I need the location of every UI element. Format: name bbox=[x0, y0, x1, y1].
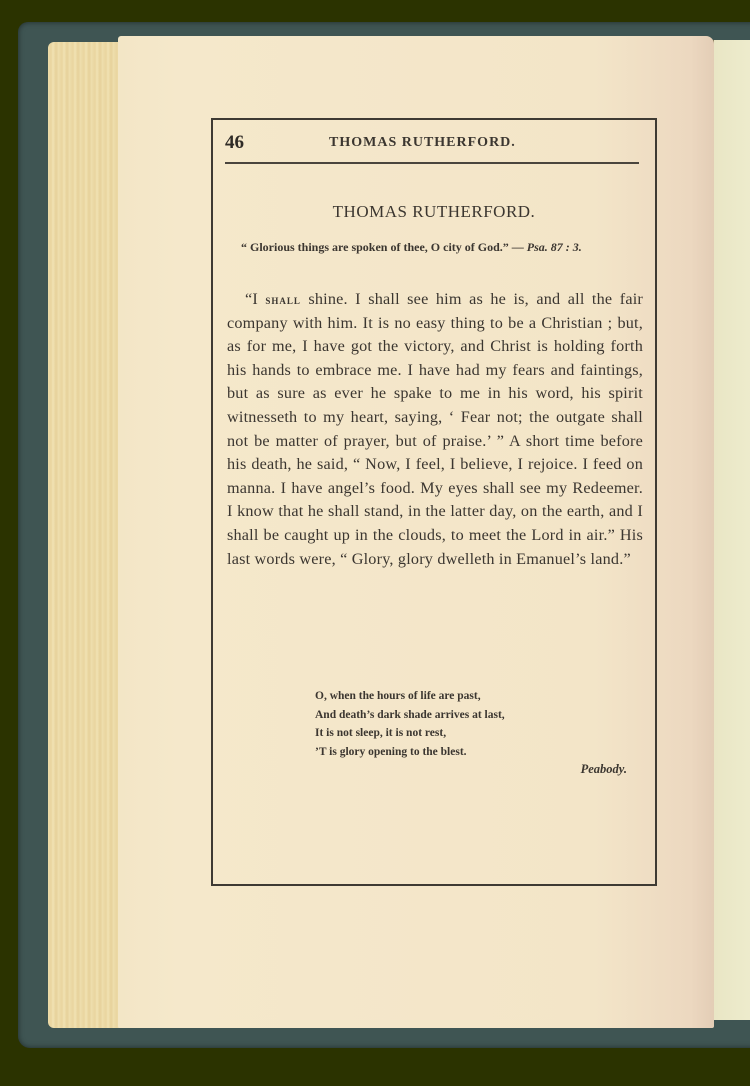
running-title: THOMAS RUTHERFORD. bbox=[329, 135, 516, 151]
text-block-frame: 46 THOMAS RUTHERFORD. THOMAS RUTHERFORD.… bbox=[211, 118, 657, 886]
poem-line: And death’s dark shade arrives at last, bbox=[315, 706, 635, 725]
header-rule bbox=[225, 162, 639, 164]
epigraph: “ Glorious things are spoken of thee, O … bbox=[227, 238, 641, 256]
page-number: 46 bbox=[225, 132, 244, 154]
running-head: 46 THOMAS RUTHERFORD. bbox=[225, 132, 639, 162]
poem-line: ’T is glory opening to the blest. bbox=[315, 743, 635, 762]
poem-line: O, when the hours of life are past, bbox=[315, 687, 635, 706]
chapter-title: THOMAS RUTHERFORD. bbox=[213, 202, 655, 222]
opening-quote: “I bbox=[245, 290, 265, 308]
next-page-edge bbox=[712, 40, 750, 1020]
body-paragraph: “I shall shine. I shall see him as he is… bbox=[227, 288, 643, 571]
poem-attribution: Peabody. bbox=[581, 762, 627, 777]
poem-line: It is not sleep, it is not rest, bbox=[315, 724, 635, 743]
body-text: shine. I shall see him as he is, and all… bbox=[227, 290, 643, 568]
epigraph-reference: Psa. 87 : 3. bbox=[527, 240, 582, 254]
opening-smallcaps: shall bbox=[265, 292, 301, 307]
epigraph-text: “ Glorious things are spoken of thee, O … bbox=[241, 240, 524, 254]
poem-stanza: O, when the hours of life are past, And … bbox=[315, 687, 635, 761]
